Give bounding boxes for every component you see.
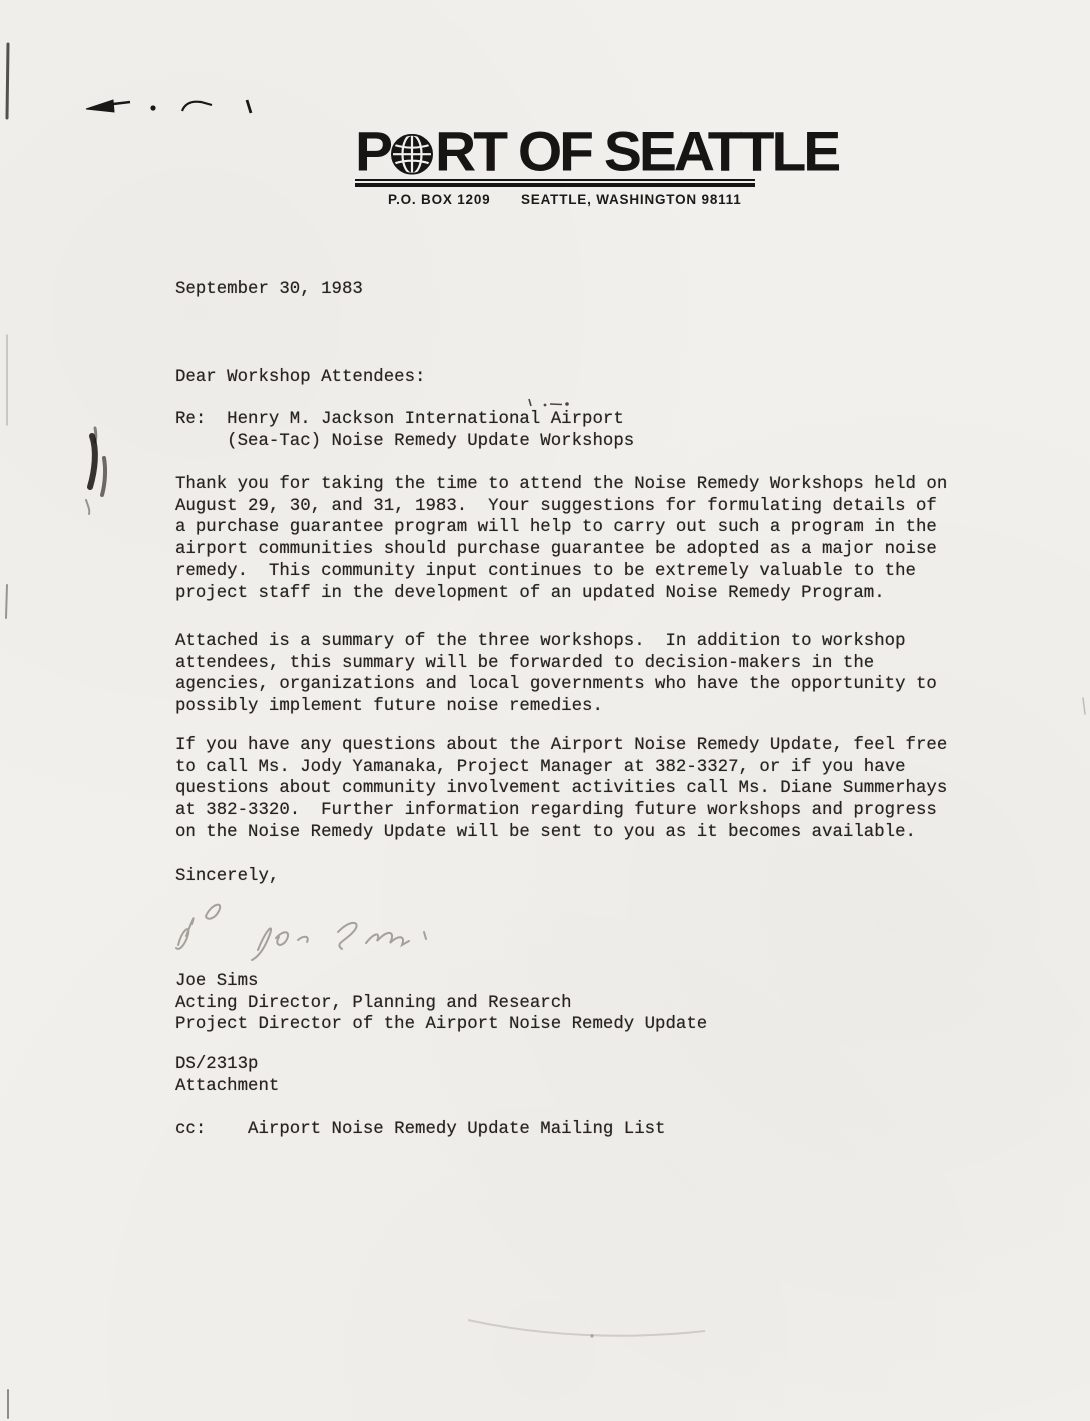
pen-ticks	[529, 399, 569, 406]
letter-page: P RT OF SEATTLE P.O. BOX 1209 SEATTLE, W…	[0, 0, 1090, 1421]
paragraph-3: If you have any questions about the Airp…	[175, 735, 947, 844]
letter-date: September 30, 1983	[175, 279, 363, 301]
closing-sincerely: Sincerely,	[175, 866, 279, 888]
po-box-text: P.O. BOX 1209	[388, 192, 490, 207]
logo-wordmark: P RT OF SEATTLE	[355, 128, 759, 177]
salutation: Dear Workshop Attendees:	[175, 367, 425, 389]
pen-marks	[86, 100, 251, 113]
signature-name-title: Joe Sims Acting Director, Planning and R…	[175, 971, 707, 1036]
re-subject-line: Re: Henry M. Jackson International Airpo…	[175, 409, 634, 452]
logo-text-post: RT OF SEATTLE	[435, 128, 838, 177]
crease-line	[468, 1320, 705, 1336]
cc-line: cc: Airport Noise Remedy Update Mailing …	[175, 1119, 666, 1141]
letterhead-address: P.O. BOX 1209 SEATTLE, WASHINGTON 98111	[355, 192, 759, 208]
handwritten-signature	[162, 890, 462, 968]
globe-icon	[391, 133, 433, 174]
city-text: SEATTLE, WASHINGTON 98111	[521, 192, 742, 207]
paragraph-2: Attached is a summary of the three works…	[175, 631, 937, 718]
ink-blot	[86, 428, 105, 514]
port-of-seattle-letterhead: P RT OF SEATTLE P.O. BOX 1209 SEATTLE, W…	[355, 128, 759, 208]
reference-attachment: DS/2313p Attachment	[175, 1054, 279, 1097]
logo-text-pre: P	[355, 128, 390, 177]
paragraph-1: Thank you for taking the time to attend …	[175, 474, 947, 604]
